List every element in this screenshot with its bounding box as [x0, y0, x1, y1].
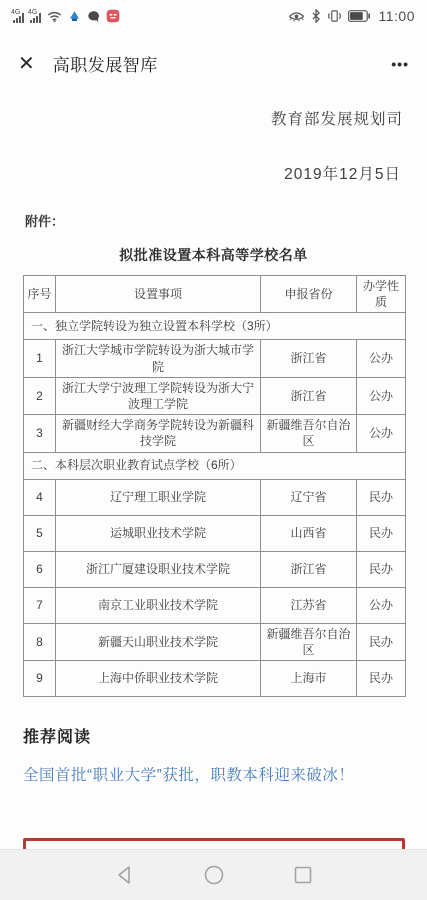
approval-table: 序号 设置事项 申报省份 办学性质 一、独立学院转设为独立设置本科学校（3所）1…	[23, 275, 406, 697]
cell-item: 运城职业技术学院	[56, 515, 261, 551]
column-header-no: 序号	[24, 276, 56, 313]
cell-province: 浙江省	[261, 340, 357, 377]
cell-no: 6	[24, 551, 56, 587]
wifi-icon	[47, 10, 62, 23]
cell-no: 1	[24, 340, 56, 377]
cell-type: 公办	[357, 340, 406, 377]
table-row: 7南京工业职业技术学院江苏省公办	[24, 587, 406, 623]
cell-no: 5	[24, 515, 56, 551]
cell-no: 9	[24, 660, 56, 696]
column-header-province: 申报省份	[261, 276, 357, 313]
cell-item: 新疆财经大学商务学院转设为新疆科技学院	[56, 415, 261, 452]
network-type-label: 4G	[11, 9, 20, 16]
android-nav-bar	[0, 849, 427, 900]
page-title: 高职发展智库	[53, 51, 158, 76]
table-section-row: 一、独立学院转设为独立设置本科学校（3所）	[24, 313, 406, 340]
cell-province: 浙江省	[261, 551, 357, 587]
cell-item: 辽宁理工职业学院	[56, 479, 261, 515]
table-section-heading: 二、本科层次职业教育试点学校（6所）	[24, 452, 406, 479]
cell-item: 浙江大学城市学院转设为浙大城市学院	[56, 340, 261, 377]
travel-app-icon	[68, 10, 81, 23]
table-row: 6浙江广厦建设职业技术学院浙江省民办	[24, 551, 406, 587]
table-row: 2浙江大学宁波理工学院转设为浙大宁波理工学院浙江省公办	[24, 377, 406, 414]
recents-button[interactable]	[292, 864, 314, 886]
cell-province: 新疆维吾尔自治区	[261, 415, 357, 452]
clock-time: 11:00	[379, 8, 416, 24]
recommend-heading: 推荐阅读	[0, 724, 427, 747]
status-left-icons: 4G 4G	[13, 9, 120, 23]
column-header-item: 设置事项	[56, 276, 261, 313]
table-row: 1浙江大学城市学院转设为浙大城市学院浙江省公办	[24, 340, 406, 377]
table-header-row: 序号 设置事项 申报省份 办学性质	[24, 276, 406, 313]
column-header-type: 办学性质	[357, 276, 406, 313]
table-row: 4辽宁理工职业学院辽宁省民办	[24, 479, 406, 515]
network-type-label: 4G	[28, 9, 37, 16]
cell-type: 民办	[357, 479, 406, 515]
table-row: 9上海中侨职业技术学院上海市民办	[24, 660, 406, 696]
cell-no: 7	[24, 587, 56, 623]
cell-no: 3	[24, 415, 56, 452]
home-button[interactable]	[203, 864, 225, 886]
signal-sim2-icon: 4G	[30, 9, 41, 23]
cell-province: 上海市	[261, 660, 357, 696]
cell-type: 民办	[357, 660, 406, 696]
phone-screen: 4G 4G	[0, 0, 427, 900]
cell-no: 2	[24, 377, 56, 414]
cell-province: 新疆维吾尔自治区	[261, 623, 357, 660]
vibrate-icon	[327, 9, 342, 23]
cell-type: 公办	[357, 415, 406, 452]
table-row: 3新疆财经大学商务学院转设为新疆科技学院新疆维吾尔自治区公办	[24, 415, 406, 452]
cell-item: 新疆天山职业技术学院	[56, 623, 261, 660]
signal-sim1-icon: 4G	[13, 9, 24, 23]
eye-comfort-icon	[288, 10, 305, 23]
message-app-icon	[106, 9, 120, 23]
cell-type: 公办	[357, 377, 406, 414]
chat-bubble-icon	[87, 10, 100, 23]
cell-province: 辽宁省	[261, 479, 357, 515]
cell-item: 浙江广厦建设职业技术学院	[56, 551, 261, 587]
cell-province: 浙江省	[261, 377, 357, 414]
cell-province: 江苏省	[261, 587, 357, 623]
back-button[interactable]	[114, 864, 136, 886]
table-row: 5运城职业技术学院山西省民办	[24, 515, 406, 551]
more-menu-icon[interactable]: •••	[391, 56, 409, 72]
status-bar: 4G 4G	[0, 0, 427, 32]
table-section-heading: 一、独立学院转设为独立设置本科学校（3所）	[24, 313, 406, 340]
close-icon[interactable]: ✕	[18, 54, 35, 74]
cell-type: 公办	[357, 587, 406, 623]
cell-no: 4	[24, 479, 56, 515]
bluetooth-icon	[311, 9, 321, 23]
cell-item: 浙江大学宁波理工学院转设为浙大宁波理工学院	[56, 377, 261, 414]
table-title: 拟批准设置本科高等学校名单	[0, 245, 427, 265]
cell-province: 山西省	[261, 515, 357, 551]
table-section-row: 二、本科层次职业教育试点学校（6所）	[24, 452, 406, 479]
cell-type: 民办	[357, 623, 406, 660]
cell-type: 民办	[357, 515, 406, 551]
cell-no: 8	[24, 623, 56, 660]
attachment-label: 附件：	[0, 211, 427, 230]
approval-table-body: 一、独立学院转设为独立设置本科学校（3所）1浙江大学城市学院转设为浙大城市学院浙…	[24, 313, 406, 697]
document-date: 2019年12月5日	[0, 162, 427, 184]
table-row: 8新疆天山职业技术学院新疆维吾尔自治区民办	[24, 623, 406, 660]
cell-item: 上海中侨职业技术学院	[56, 660, 261, 696]
cell-type: 民办	[357, 551, 406, 587]
status-right-icons: 11:00	[288, 8, 416, 24]
battery-icon	[348, 10, 370, 22]
cell-item: 南京工业职业技术学院	[56, 587, 261, 623]
recommend-article-link[interactable]: 全国首批“职业大学”获批，职教本科迎来破冰！	[0, 763, 427, 785]
app-header: ✕ 高职发展智库 •••	[0, 32, 427, 95]
document-byline: 教育部发展规划司	[0, 107, 427, 129]
